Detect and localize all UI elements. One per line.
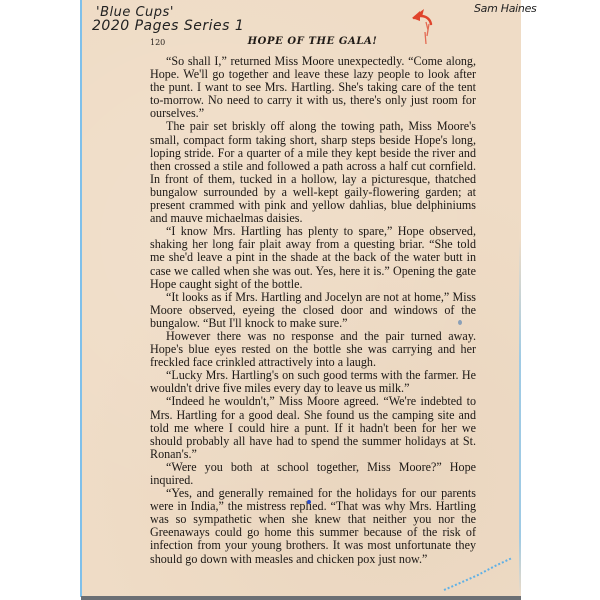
body-text: “So shall I,” returned Miss Moore unexpe… [150, 55, 476, 566]
paragraph: The pair set briskly off along the towin… [150, 120, 476, 225]
handwritten-series-label: 2020 Pages Series 1 [92, 18, 244, 34]
handwritten-author-signature: Sam Haines [474, 2, 536, 15]
paragraph: “Yes, and generally remained for the hol… [150, 487, 476, 566]
paragraph: “Indeed he wouldn't,” Miss Moore agreed.… [150, 395, 476, 460]
paragraph: “Were you both at school together, Miss … [150, 461, 476, 487]
paragraph: “It looks as if Mrs. Hartling and Jocely… [150, 291, 476, 330]
blue-page-edge-right [519, 0, 521, 597]
running-head: HOPE OF THE GALA! [150, 36, 475, 47]
page-bottom-shadow [81, 596, 521, 600]
ink-speck [307, 500, 311, 504]
paragraph: “Lucky Mrs. Hartling's on such good term… [150, 369, 476, 395]
paragraph: However there was no response and the pa… [150, 330, 476, 369]
blue-page-edge-left [80, 0, 82, 597]
paragraph: “So shall I,” returned Miss Moore unexpe… [150, 55, 476, 120]
ink-speck [458, 320, 462, 325]
blue-scribble-mark-icon [440, 550, 520, 595]
paragraph: “I know Mrs. Hartling has plenty to spar… [150, 225, 476, 290]
